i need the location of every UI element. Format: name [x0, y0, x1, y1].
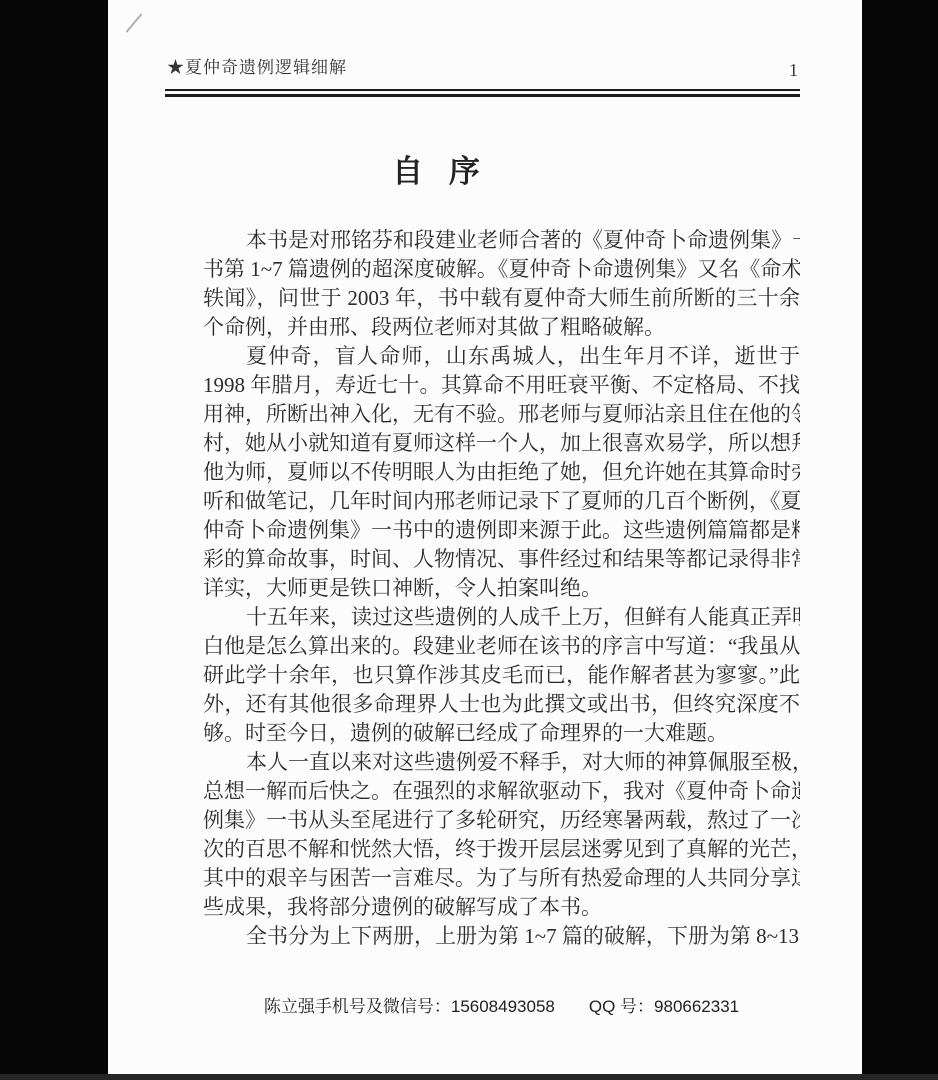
- body-line: 用神，所断出神入化，无有不验。邢老师与夏师沾亲且住在他的邻: [203, 400, 800, 429]
- scan-border-bottom: [0, 1074, 938, 1080]
- body-line: 例集》一书从头至尾进行了多轮研究，历经寒暑两载，熬过了一次: [203, 806, 800, 835]
- body-line: 研此学十余年，也只算作涉其皮毛而已，能作解者甚为寥寥。”此: [203, 661, 800, 690]
- paragraph: 本书是对邢铭芬和段建业老师合著的《夏仲奇卜命遗例集》一书第 1~7 篇遗例的超深…: [203, 226, 800, 342]
- footer-phone-wechat: 陈立强手机号及微信号：15608493058: [264, 997, 555, 1016]
- body-line: 彩的算命故事，时间、人物情况、事件经过和结果等都记录得非常: [203, 545, 800, 574]
- body-line: 详实，大师更是铁口神断，令人拍案叫绝。: [203, 574, 800, 603]
- footer-qq: QQ 号：980662331: [589, 997, 739, 1016]
- body-line: 本书是对邢铭芬和段建业老师合著的《夏仲奇卜命遗例集》一: [203, 226, 800, 255]
- body-line: 够。时至今日，遗例的破解已经成了命理界的一大难题。: [203, 719, 800, 748]
- scan-border-right: [862, 0, 938, 1080]
- body-line: 夏仲奇，盲人命师，山东禹城人，出生年月不详，逝世于: [203, 342, 800, 371]
- pen-mark: [126, 13, 143, 33]
- body-line: 本人一直以来对这些遗例爱不释手，对大师的神算佩服至极，: [203, 748, 800, 777]
- running-header-title: ★夏仲奇遗例逻辑细解: [167, 56, 347, 80]
- body-line: 些成果，我将部分遗例的破解写成了本书。: [203, 893, 800, 922]
- body-line: 他为师，夏师以不传明眼人为由拒绝了她，但允许她在其算命时旁: [203, 458, 800, 487]
- body-line: 外，还有其他很多命理界人士也为此撰文或出书，但终究深度不: [203, 690, 800, 719]
- body-line: 仲奇卜命遗例集》一书中的遗例即来源于此。这些遗例篇篇都是精: [203, 516, 800, 545]
- header-double-rule: [165, 89, 800, 97]
- body-line: 1998 年腊月，寿近七十。其算命不用旺衰平衡、不定格局、不找: [203, 371, 800, 400]
- scanned-book-page: ★夏仲奇遗例逻辑细解 1 自 序 本书是对邢铭芬和段建业老师合著的《夏仲奇卜命遗…: [0, 0, 938, 1080]
- paper-page: ★夏仲奇遗例逻辑细解 1 自 序 本书是对邢铭芬和段建业老师合著的《夏仲奇卜命遗…: [108, 0, 862, 1074]
- paragraph: 本人一直以来对这些遗例爱不释手，对大师的神算佩服至极，总想一解而后快之。在强烈的…: [203, 748, 800, 922]
- paragraph: 夏仲奇，盲人命师，山东禹城人，出生年月不详，逝世于1998 年腊月，寿近七十。其…: [203, 342, 800, 603]
- body-line: 白他是怎么算出来的。段建业老师在该书的序言中写道：“我虽从: [203, 632, 800, 661]
- paragraph: 十五年来，读过这些遗例的人成千上万，但鲜有人能真正弄明白他是怎么算出来的。段建业…: [203, 603, 800, 748]
- footer-contact: 陈立强手机号及微信号：15608493058QQ 号：980662331: [203, 992, 800, 1017]
- body-line: 总想一解而后快之。在强烈的求解欲驱动下，我对《夏仲奇卜命遗: [203, 777, 800, 806]
- body-line: 十五年来，读过这些遗例的人成千上万，但鲜有人能真正弄明: [203, 603, 800, 632]
- body-line: 书第 1~7 篇遗例的超深度破解。《夏仲奇卜命遗例集》又名《命术: [203, 255, 800, 284]
- body-text: 本书是对邢铭芬和段建业老师合著的《夏仲奇卜命遗例集》一书第 1~7 篇遗例的超深…: [203, 226, 800, 951]
- body-line: 村，她从小就知道有夏师这样一个人，加上很喜欢易学，所以想拜: [203, 429, 800, 458]
- body-line: 个命例，并由邢、段两位老师对其做了粗略破解。: [203, 313, 800, 342]
- body-line: 全书分为上下两册，上册为第 1~7 篇的破解，下册为第 8~13: [203, 922, 800, 951]
- body-line: 其中的艰辛与困苦一言难尽。为了与所有热爱命理的人共同分享这: [203, 864, 800, 893]
- paragraph: 全书分为上下两册，上册为第 1~7 篇的破解，下册为第 8~13: [203, 922, 800, 951]
- body-line: 次的百思不解和恍然大悟，终于拨开层层迷雾见到了真解的光芒，: [203, 835, 800, 864]
- body-line: 轶闻》，问世于 2003 年，书中载有夏仲奇大师生前所断的三十余: [203, 284, 800, 313]
- chapter-title: 自 序: [60, 146, 814, 191]
- page-header: ★夏仲奇遗例逻辑细解 1: [165, 56, 800, 80]
- page-number: 1: [789, 58, 798, 82]
- body-line: 听和做笔记，几年时间内邢老师记录下了夏师的几百个断例，《夏: [203, 487, 800, 516]
